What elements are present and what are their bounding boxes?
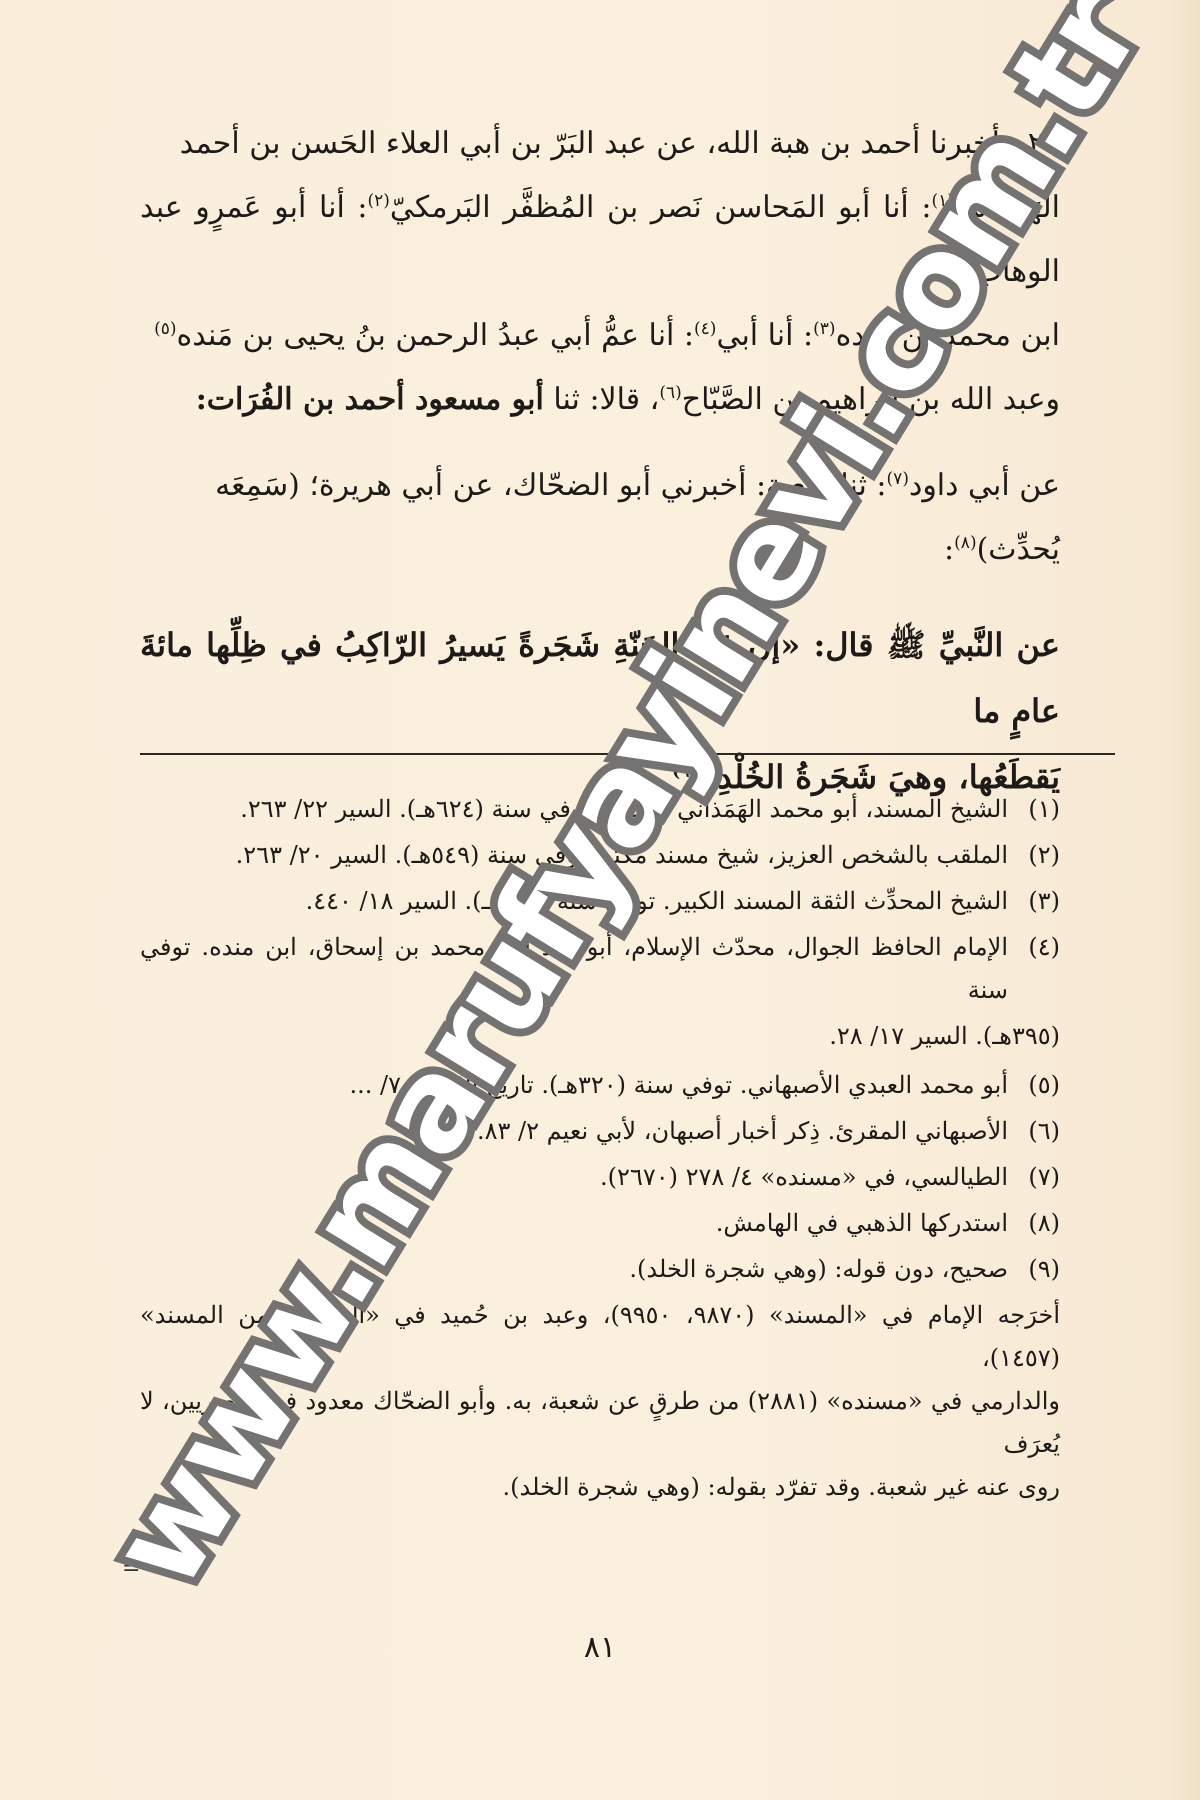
hadith-text: عن النَّبيِّ ﷺ قال: «إنَّ في الجَنّةِ شَ…: [140, 612, 1060, 810]
text-span: عن أبي داود: [909, 468, 1060, 503]
footnote-text: الشيخ المحدِّث الثقة المسند الكبير. توفي…: [140, 880, 1008, 923]
isnad-line-1: ٢٤ ـ أخبرنا أحمد بن هبة الله، عن عبد الب…: [140, 112, 1060, 176]
text-span: : أنا أبي: [716, 318, 813, 353]
footnote-text: استدركها الذهبي في الهامش.: [140, 1202, 1008, 1245]
text-span: يُحدِّث): [977, 532, 1060, 567]
footnote-8: (٨) استدركها الذهبي في الهامش.: [140, 1202, 1060, 1245]
footnote-number: (٨): [1008, 1202, 1060, 1245]
footnote-text: صحيح، دون قوله: (وهي شجرة الخلد).: [140, 1248, 1008, 1291]
footnote-text: الأصبهاني المقرئ. ذِكر أخبار أصبهان، لأب…: [140, 1110, 1008, 1153]
footnote-text: الملقب بالشخص العزيز، شيخ مسند مكثر، توف…: [140, 834, 1008, 877]
footnote-divider: [140, 753, 1115, 755]
footnote-3: (٣) الشيخ المحدِّث الثقة المسند الكبير. …: [140, 880, 1060, 923]
isnad-line-2: الهَمَذاني(١): أنا أبو المَحاسن نَصر بن …: [140, 176, 1060, 304]
footnote-ref-8[interactable]: (٨): [954, 533, 976, 553]
footnote-4-continuation: (٣٩٥هـ). السير ١٧/ ٢٨.: [140, 1015, 1060, 1058]
footnote-9: (٩) صحيح، دون قوله: (وهي شجرة الخلد).: [140, 1248, 1060, 1291]
continuation-mark: =: [122, 1556, 140, 1581]
page-number: ٨١: [0, 1630, 1200, 1665]
text-span: : أنا أبو المَحاسن نَصر بن المُظفَّر الب…: [390, 190, 932, 225]
footnote-number: (١): [1008, 788, 1060, 831]
book-page: ٢٤ ـ أخبرنا أحمد بن هبة الله، عن عبد الب…: [0, 0, 1200, 1800]
footnote-4: (٤) الإمام الحافظ الجوال، محدّث الإسلام،…: [140, 926, 1060, 1012]
footnote-ref-5[interactable]: (٥): [154, 319, 176, 339]
footnote-7: (٧) الطيالسي، في «مسنده» ٤/ ٢٧٨ (٢٦٧٠).: [140, 1156, 1060, 1199]
footnote-text: الطيالسي، في «مسنده» ٤/ ٢٧٨ (٢٦٧٠).: [140, 1156, 1008, 1199]
footnote-number: (٦): [1008, 1110, 1060, 1153]
footnote-number: (٩): [1008, 1248, 1060, 1291]
text-span: :: [944, 532, 954, 567]
isnad-line-6: يُحدِّث)(٨):: [140, 518, 1060, 582]
footnote-ref-9[interactable]: (٩): [672, 761, 697, 781]
text-span: ، قالا: ثنا: [544, 382, 660, 417]
footnote-5: (٥) أبو محمد العبدي الأصبهاني. توفي سنة …: [140, 1064, 1060, 1107]
text-span: الهَمَذاني: [954, 190, 1060, 225]
footnote-number: (٥): [1008, 1064, 1060, 1107]
narrator-name: أبو مسعود أحمد بن الفُرَات:: [196, 382, 544, 417]
footnotes: (١) الشيخ المسند، أبو محمد الهَمَذاني ال…: [140, 788, 1060, 1509]
commentary-line-3: روى عنه غير شعبة. وقد تفرّد بقوله: (وهي …: [140, 1466, 1060, 1509]
footnote-text: (٣٩٥هـ). السير ١٧/ ٢٨.: [829, 1022, 1060, 1050]
footnote-ref-6[interactable]: (٦): [659, 383, 681, 403]
footnote-ref-3[interactable]: (٣): [813, 319, 835, 339]
footnote-text: أبو محمد العبدي الأصبهاني. توفي سنة (٣٢٠…: [140, 1064, 1008, 1107]
text-span: : أنا عمُّ أبي عبدُ الرحمن بنُ يحيى بن م…: [177, 318, 695, 353]
text-span: : ثنا شعبة: أخبرني أبو الضحّاك، عن أبي ه…: [215, 468, 886, 503]
footnote-6: (٦) الأصبهاني المقرئ. ذِكر أخبار أصبهان،…: [140, 1110, 1060, 1153]
text-span: وعبد الله بن إبراهيم بن الصَّبّاح: [682, 382, 1060, 417]
text-span: ٢٤ ـ أخبرنا أحمد بن هبة الله، عن عبد الب…: [180, 126, 1060, 161]
footnote-ref-1[interactable]: (١): [931, 191, 953, 211]
footnote-number: (٤): [1008, 926, 1060, 1012]
footnote-number: (٣): [1008, 880, 1060, 923]
footnote-1: (١) الشيخ المسند، أبو محمد الهَمَذاني ال…: [140, 788, 1060, 831]
footnote-text: الشيخ المسند، أبو محمد الهَمَذاني العطار…: [140, 788, 1008, 831]
footnote-ref-2[interactable]: (٢): [367, 191, 389, 211]
footnote-ref-4[interactable]: (٤): [694, 319, 716, 339]
hadith-line-1: عن النَّبيِّ ﷺ قال: «إنَّ في الجَنّةِ شَ…: [140, 626, 1060, 730]
text-span: ابن محمد بن مَنده: [836, 318, 1060, 353]
isnad-line-3: ابن محمد بن مَنده(٣): أنا أبي(٤): أنا عم…: [140, 304, 1060, 368]
footnote-number: (٢): [1008, 834, 1060, 877]
footnote-9-commentary: أخرَجه الإمام في «المسند» (٩٨٧٠، ٩٩٥٠)، …: [140, 1294, 1060, 1509]
main-text: ٢٤ ـ أخبرنا أحمد بن هبة الله، عن عبد الب…: [140, 112, 1060, 810]
footnote-2: (٢) الملقب بالشخص العزيز، شيخ مسند مكثر،…: [140, 834, 1060, 877]
isnad-line-5: عن أبي داود(٧): ثنا شعبة: أخبرني أبو الض…: [140, 454, 1060, 518]
isnad-line-4: وعبد الله بن إبراهيم بن الصَّبّاح(٦)، قا…: [140, 368, 1060, 432]
footnote-number: (٧): [1008, 1156, 1060, 1199]
commentary-line-2: والدارمي في «مسنده» (٢٨٨١) من طرقٍ عن شع…: [140, 1380, 1060, 1466]
commentary-line-1: أخرَجه الإمام في «المسند» (٩٨٧٠، ٩٩٥٠)، …: [140, 1294, 1060, 1380]
footnote-ref-7[interactable]: (٧): [887, 469, 909, 489]
footnote-text: الإمام الحافظ الجوال، محدّث الإسلام، أبو…: [140, 926, 1008, 1012]
